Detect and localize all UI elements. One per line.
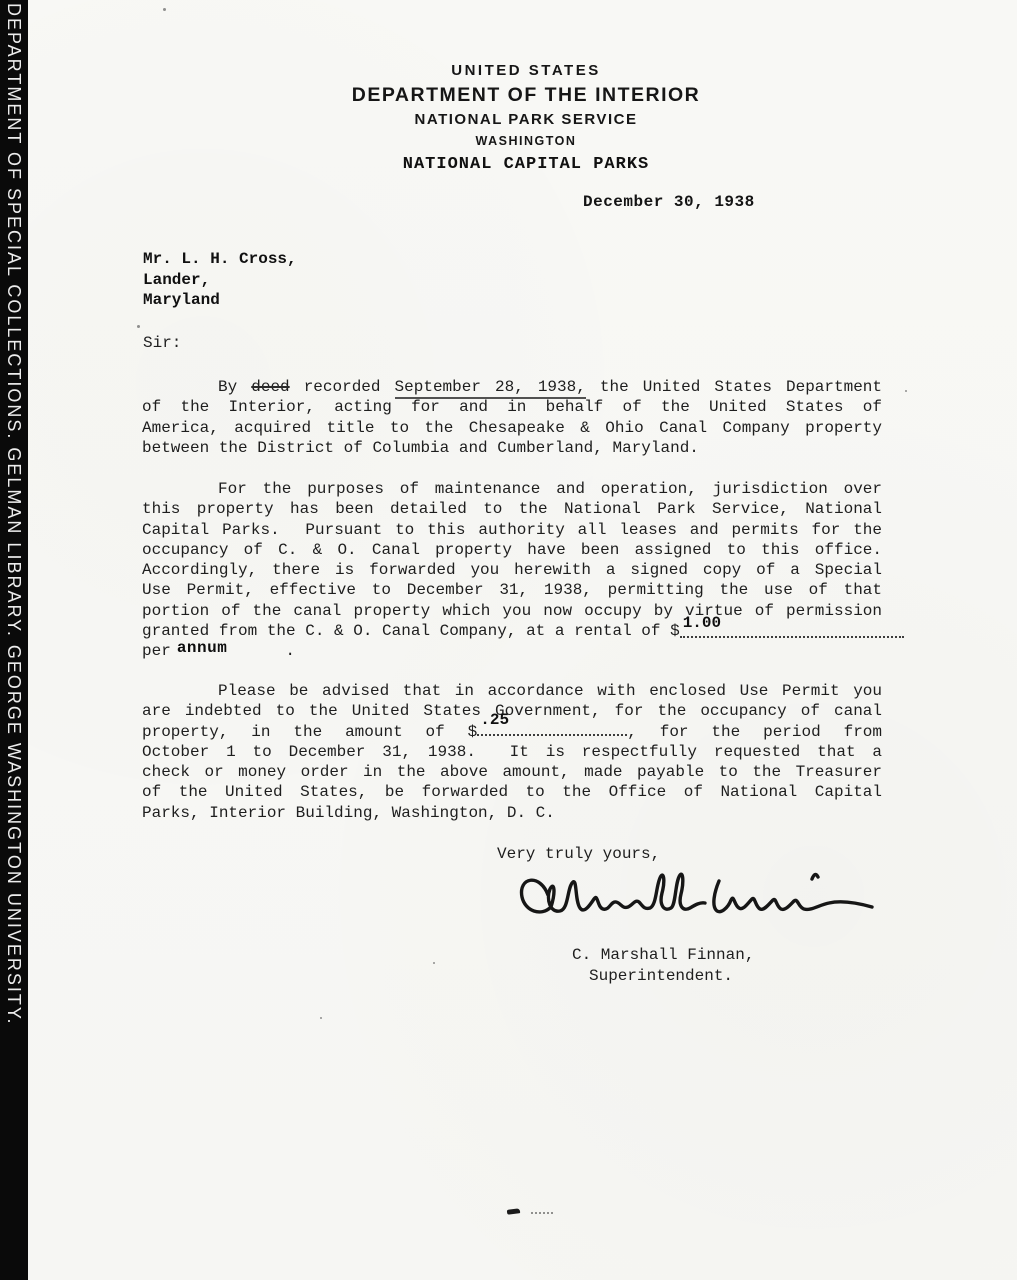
- paragraph-3: Please be advised that in accordance wit…: [142, 681, 882, 823]
- body-line: check or money order in the above amount…: [142, 762, 882, 782]
- fill-in-amount-rental: 1.00: [683, 613, 721, 633]
- recipient-name: Mr. L. H. Cross,: [143, 249, 297, 270]
- body-line: For the purposes of maintenance and oper…: [142, 479, 882, 499]
- body-line: Accordingly, there is forwarded you here…: [142, 560, 882, 580]
- body-line: portion of the canal property which you …: [142, 601, 882, 621]
- fill-in-amount-due: .25: [480, 710, 509, 730]
- letter-body: UNITED STATES DEPARTMENT OF THE INTERIOR…: [142, 0, 882, 1280]
- body-line: property, in the amount of $.25, for the…: [142, 722, 882, 742]
- body-text: , for the period from: [627, 723, 882, 741]
- closing-block: Very truly yours, C. Marshall Finnan, Su…: [142, 845, 882, 1005]
- body-text: By: [218, 378, 251, 396]
- letterhead-national-capital-parks: NATIONAL CAPITAL PARKS: [156, 155, 896, 174]
- paragraph-1: By deed recorded September 28, 1938, the…: [142, 377, 882, 458]
- body-text: recorded: [290, 378, 395, 396]
- letterhead-park-service: NATIONAL PARK SERVICE: [156, 111, 896, 128]
- recipient-city: Lander,: [143, 270, 297, 291]
- body-text: the United States Department: [586, 378, 882, 396]
- body-line: Capital Parks. Pursuant to this authorit…: [142, 520, 882, 540]
- letterhead-united-states: UNITED STATES: [156, 62, 896, 79]
- body-text: per: [142, 642, 171, 660]
- signature-image: [514, 869, 882, 943]
- stray-period: .: [285, 642, 295, 660]
- valediction: Very truly yours,: [497, 845, 660, 863]
- body-line: By deed recorded September 28, 1938, the…: [142, 377, 882, 397]
- pencil-underlined-date: September 28, 1938,: [395, 378, 586, 399]
- scanned-letter-page: DEPARTMENT OF SPECIAL COLLECTIONS. GELMA…: [0, 0, 1017, 1280]
- scan-speck: [163, 8, 166, 11]
- body-line: October 1 to December 31, 1938. It is re…: [142, 742, 882, 762]
- body-line: are indebted to the United States Govern…: [142, 701, 882, 721]
- fill-in-leader: 1.00: [680, 624, 904, 638]
- date-line: December 30, 1938: [583, 193, 755, 211]
- body-line: of the Interior, acting for and in behal…: [142, 397, 882, 417]
- scan-speck: [137, 325, 140, 328]
- archive-stamp-bar: DEPARTMENT OF SPECIAL COLLECTIONS. GELMA…: [0, 0, 28, 1280]
- letterhead: UNITED STATES DEPARTMENT OF THE INTERIOR…: [156, 62, 896, 174]
- letterhead-washington: WASHINGTON: [156, 134, 896, 148]
- recipient-state: Maryland: [143, 290, 297, 311]
- body-line: granted from the C. & O. Canal Company, …: [142, 621, 882, 641]
- body-line: between the District of Columbia and Cum…: [142, 438, 882, 458]
- body-text: property, in the amount of $: [142, 723, 477, 741]
- fill-in-word-annum: annum: [177, 639, 228, 657]
- letterhead-department: DEPARTMENT OF THE INTERIOR: [156, 84, 896, 107]
- body-line: Parks, Interior Building, Washington, D.…: [142, 803, 882, 823]
- paragraph-2: For the purposes of maintenance and oper…: [142, 479, 882, 662]
- salutation: Sir:: [143, 334, 181, 352]
- recipient-address: Mr. L. H. Cross, Lander, Maryland: [143, 249, 297, 311]
- fill-in-leader: .25: [477, 723, 627, 736]
- signer-name: C. Marshall Finnan,: [572, 946, 754, 964]
- scan-speck: [320, 1017, 322, 1019]
- body-line: America, acquired title to the Chesapeak…: [142, 418, 882, 438]
- archive-stamp-text: DEPARTMENT OF SPECIAL COLLECTIONS. GELMA…: [0, 0, 28, 1280]
- scan-smudge-dots: [531, 1212, 553, 1214]
- body-line: Please be advised that in accordance wit…: [142, 681, 882, 701]
- body-line: of the United States, be forwarded to th…: [142, 782, 882, 802]
- scan-speck: [905, 390, 907, 392]
- body-line: perannum.: [142, 641, 882, 661]
- signer-title: Superintendent.: [589, 967, 733, 985]
- scan-speck: [433, 962, 435, 964]
- struck-word: deed: [251, 378, 289, 396]
- body-line: this property has been detailed to the N…: [142, 499, 882, 519]
- body-line: Use Permit, effective to December 31, 19…: [142, 580, 882, 600]
- body-line: occupancy of C. & O. Canal property have…: [142, 540, 882, 560]
